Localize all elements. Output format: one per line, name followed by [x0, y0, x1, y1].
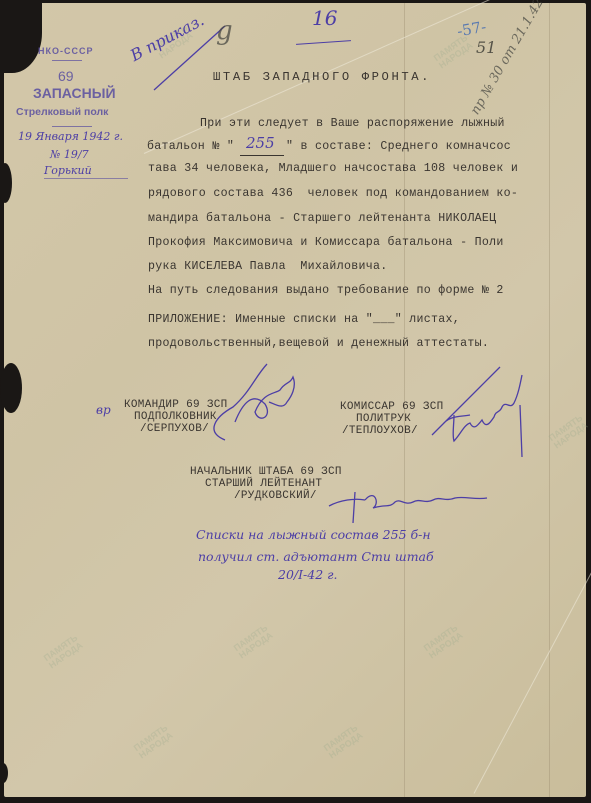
paragraph-line-3: тава 34 человека, Младшего начсостава 10… [148, 162, 518, 175]
receipt-note-line-1: Списки на лыжный состав 255 б-н [196, 527, 431, 542]
stamp-number: № 19/7 [50, 148, 89, 161]
paper-crease [474, 528, 591, 793]
watermark: ПАМЯТЬНАРОДА [422, 623, 464, 660]
paragraph-line-1: При эти следует в Ваше распоряжение лыжн… [200, 117, 505, 130]
watermark: ПАМЯТЬНАРОДА [232, 623, 274, 660]
commander-signature [195, 362, 305, 442]
chief-of-staff-title: НАЧАЛЬНИК ШТАБА 69 ЗСП [190, 466, 342, 478]
chief-of-staff-rank: СТАРШИЙ ЛЕЙТЕНАНТ [205, 478, 322, 490]
receipt-note-line-2: получил ст. адъютант Сти штаб [198, 549, 434, 564]
watermark: ПАМЯТЬНАРОДА [547, 413, 589, 450]
paragraph-line-4: рядового состава 436 человек под командо… [148, 187, 518, 200]
paragraph-line-2b: " в составе: Среднего комначсос [286, 140, 511, 153]
paragraph-line-6: Прокофия Максимовича и Комиссара батальо… [148, 236, 504, 249]
stamp-date: 19 Января 1942 г. [18, 130, 123, 143]
acting-prefix: вр [96, 403, 111, 417]
stamp-reserve: ЗАПАСНЫЙ [33, 85, 116, 101]
commissar-title: КОМИССАР 69 ЗСП [340, 401, 444, 413]
commissar-name: /ТЕПЛОУХОВ/ [342, 425, 418, 437]
paragraph-line-7: рука КИСЕЛЕВА Павла Михайловича. [148, 260, 388, 273]
paragraph-line-8: На путь следования выдано требование по … [148, 284, 504, 297]
stamp-regiment-number: 69 [58, 68, 74, 84]
page-tear [0, 763, 8, 783]
watermark: ПАМЯТЬНАРОДА [432, 33, 474, 70]
stamp-regiment-type: Стрелковый полк [16, 106, 108, 118]
commissar-rank: ПОЛИТРУК [356, 413, 411, 425]
chief-of-staff-signature [325, 478, 490, 528]
receipt-note-date: 20/I-42 г. [278, 567, 337, 582]
attachment-line-1: ПРИЛОЖЕНИЕ: Именные списки на "___" лист… [148, 313, 460, 326]
paragraph-line-5: мандира батальона - Старшего лейтенанта … [148, 212, 496, 225]
attachment-line-2: продовольственный,вещевой и денежный атт… [148, 337, 489, 350]
watermark: ПАМЯТЬНАРОДА [322, 723, 364, 760]
watermark: ПАМЯТЬНАРОДА [132, 723, 174, 760]
page-tear [0, 363, 22, 413]
commissar-signature [430, 365, 550, 460]
stamp-org: НКО-СССР [38, 46, 94, 56]
pencil-mark: g [216, 16, 233, 46]
page-tear [0, 163, 12, 203]
stamp-place: Горький [44, 164, 92, 177]
paragraph-line-2a: батальон № " [147, 140, 234, 153]
chief-of-staff-name: /РУДКОВСКИЙ/ [234, 490, 317, 502]
battalion-number-line [240, 155, 284, 156]
battalion-number: 255 [246, 134, 275, 152]
page-number: 16 [312, 6, 337, 30]
watermark: ПАМЯТЬНАРОДА [42, 633, 84, 670]
archive-number-pencil: 51 [476, 38, 496, 57]
document-title: ШТАБ ЗАПАДНОГО ФРОНТА. [213, 70, 431, 84]
